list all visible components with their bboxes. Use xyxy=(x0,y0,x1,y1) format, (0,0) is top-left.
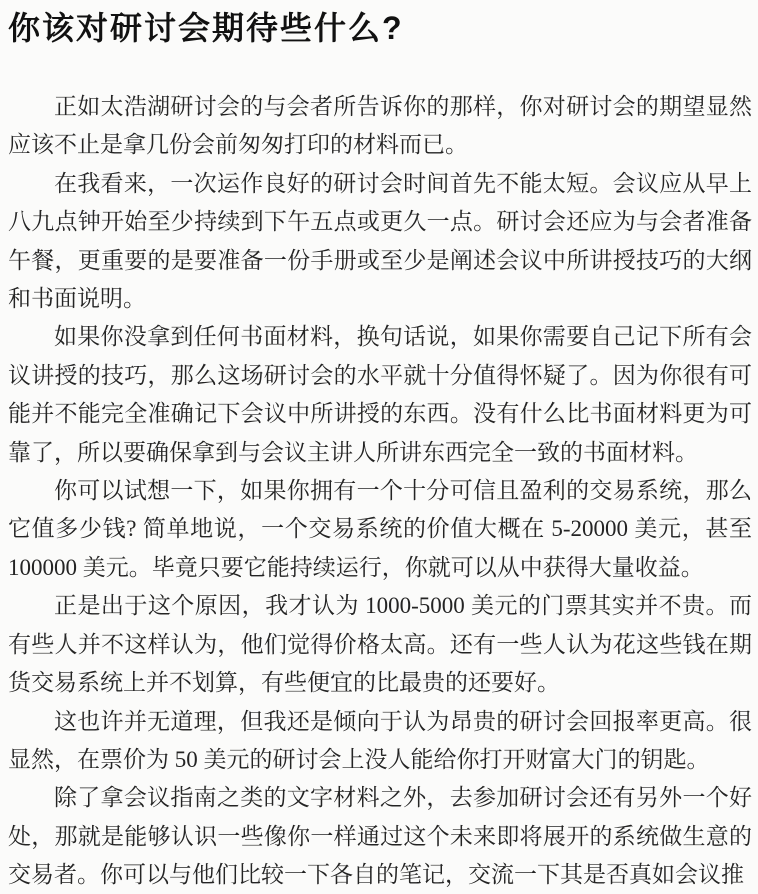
paragraph-3: 如果你没拿到任何书面材料，换句话说，如果你需要自己记下所有会议讲授的技巧，那么这… xyxy=(8,318,752,472)
book-page: 你该对研讨会期待些什么? 正如太浩湖研讨会的与会者所告诉你的那样，你对研讨会的期… xyxy=(0,0,758,894)
paragraph-4: 你可以试想一下，如果你拥有一个十分可信且盈利的交易系统，那么它值多少钱? 简单地… xyxy=(8,472,752,587)
page-body: 正如太浩湖研讨会的与会者所告诉你的那样，你对研讨会的期望显然应该不止是拿几份会前… xyxy=(8,88,752,894)
paragraph-1: 正如太浩湖研讨会的与会者所告诉你的那样，你对研讨会的期望显然应该不止是拿几份会前… xyxy=(8,88,752,165)
paragraph-7: 除了拿会议指南之类的文字材料之外，去参加研讨会还有另外一个好处，那就是能够认识一… xyxy=(8,779,752,894)
paragraph-6: 这也许并无道理，但我还是倾向于认为昂贵的研讨会回报率更高。很显然，在票价为 50… xyxy=(8,703,752,780)
paragraph-2: 在我看来，一次运作良好的研讨会时间首先不能太短。会议应从早上八九点钟开始至少持续… xyxy=(8,165,752,319)
page-title: 你该对研讨会期待些什么? xyxy=(8,8,752,48)
paragraph-5: 正是出于这个原因，我才认为 1000-5000 美元的门票其实并不贵。而有些人并… xyxy=(8,587,752,702)
